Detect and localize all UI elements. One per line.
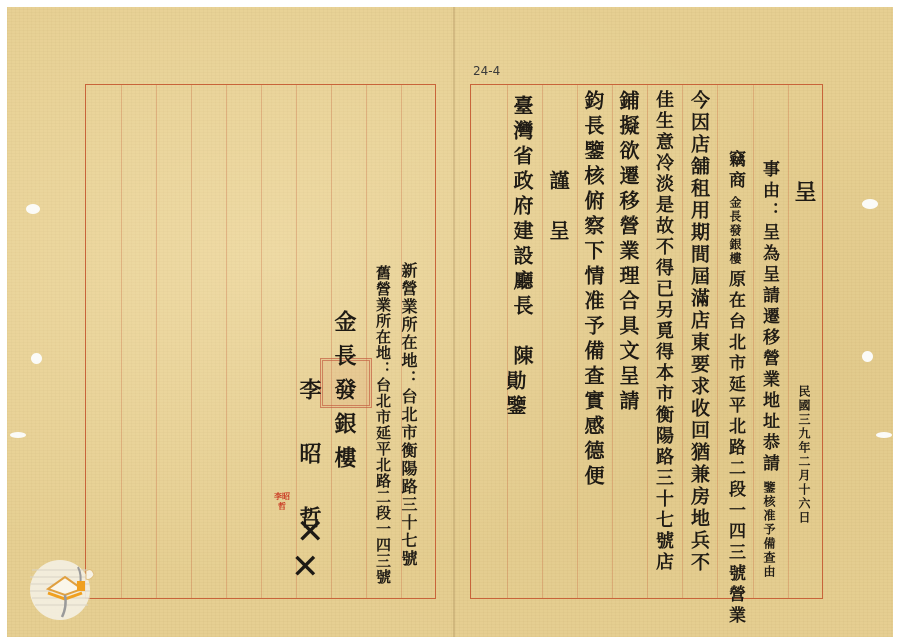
punch-hole xyxy=(862,351,873,362)
old-address: 舊營業所在地：台北市延平北路二段一四三號 xyxy=(375,265,390,585)
punch-hole xyxy=(10,432,26,438)
x-mark: ✕ xyxy=(296,515,325,549)
subject-text-small: 鑒核准予備查由 xyxy=(762,481,776,579)
body-line-5: 鈞長鑒核俯察下情准予備查實感德便 xyxy=(583,90,603,490)
punch-hole xyxy=(862,199,878,209)
body-line-2: 今因店舖租用期間屆滿店東要求收回猶兼房地兵不 xyxy=(689,90,708,574)
document-date: 民國三九年二月十六日 xyxy=(798,385,810,525)
company-name: 金長發銀樓 xyxy=(333,310,355,480)
punch-hole xyxy=(26,204,40,214)
addressee-suffix: 勛鑒 xyxy=(505,370,525,420)
body-line-4: 鋪擬欲遷移營業理合具文呈請 xyxy=(618,90,638,415)
addressee-line: 臺灣省政府建設廳長 陳 xyxy=(512,95,532,370)
page-fold xyxy=(453,7,455,637)
body-line-3: 佳生意冷淡是故不得已另覓得本市衡陽路三十七號店 xyxy=(654,90,672,573)
new-address: 新營業所在地：台北市衡陽路三十七號 xyxy=(400,262,416,568)
body-line-1: 竊商金長發銀樓原在台北市延平北路二段一四三號營業 xyxy=(726,150,743,627)
personal-seal: 李昭哲 xyxy=(272,492,292,514)
x-mark: ✕ xyxy=(291,550,320,584)
subject-text: 事由：呈為呈請遷移營業地址恭請 xyxy=(759,160,779,475)
subject-line: 事由：呈為呈請遷移營業地址恭請鑒核准予備查由 xyxy=(760,160,777,579)
punch-hole xyxy=(876,432,892,438)
closing-line: 謹 呈 xyxy=(548,170,568,245)
document-title: 呈 xyxy=(793,180,815,202)
folio-number: 24-4 xyxy=(473,64,500,78)
archive-logo-icon xyxy=(20,545,110,625)
punch-hole xyxy=(31,353,42,364)
